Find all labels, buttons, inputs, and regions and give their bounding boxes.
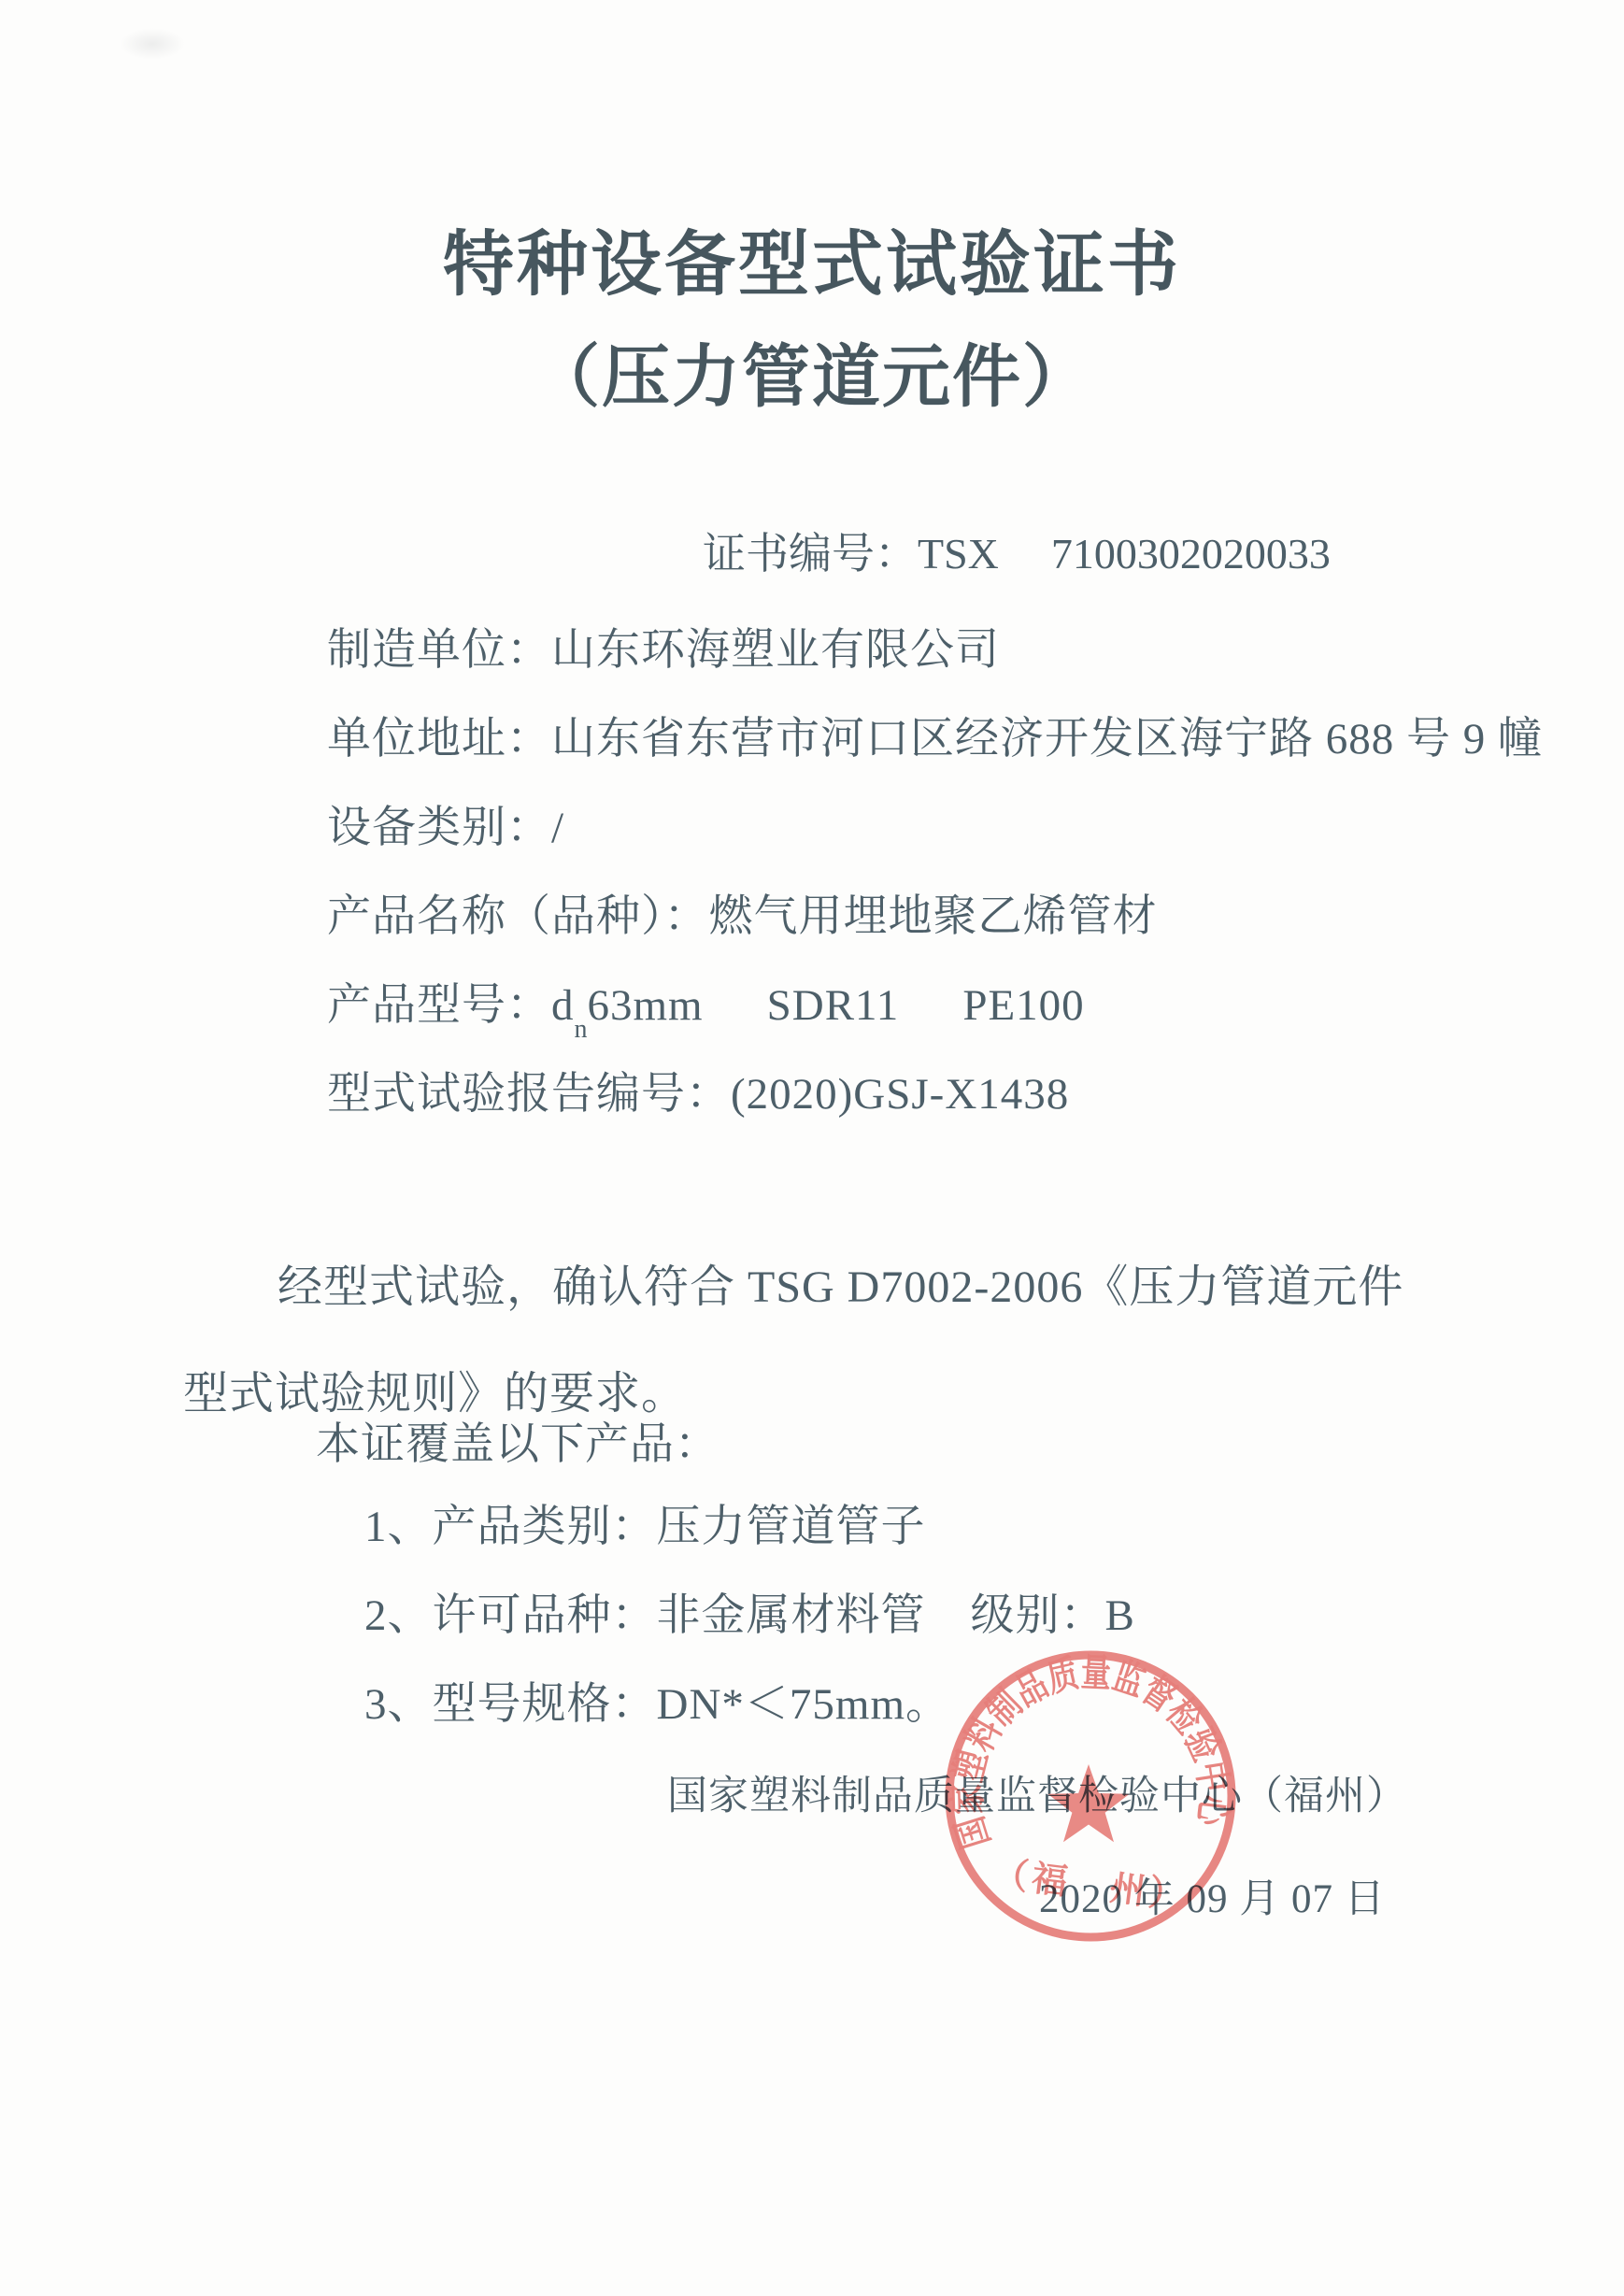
field-test-report-number-value: (2020)GSJ-X1438 [731,1070,1069,1119]
model-diameter-size: 63mm [588,981,704,1030]
field-equipment-category-label: 设备类别： [327,804,551,852]
certificate-page: 特种设备型式试验证书 （压力管道元件） 证书编号：TSX710030202003… [0,0,1624,2296]
field-product-model-label: 产品型号： [327,981,551,1030]
field-test-report-number: 型式试验报告编号：(2020)GSJ-X1438 [327,1059,1543,1148]
field-equipment-category: 设备类别：/ [327,792,1543,881]
star-icon [1047,1764,1129,1842]
model-diameter-subscript: n [575,1015,588,1044]
certificate-number-line: 证书编号：TSX7100302020033 [703,520,1331,581]
coverage-item-model-spec: 3、型号规格：DN*＜75mm。 [364,1669,950,1732]
field-address: 单位地址：山东省东营市河口区经济开发区海宁路 688 号 9 幢 [327,704,1543,792]
conformity-statement-line1: 经型式试验，确认符合 TSG D7002-2006《压力管道元件 [278,1250,1403,1315]
field-manufacturer: 制造单位：山东环海塑业有限公司 [327,615,1543,704]
field-product-name: 产品名称（品种）：燃气用埋地聚乙烯管材 [327,881,1543,970]
field-equipment-category-value: / [551,804,564,852]
certificate-number-prefix: TSX [918,530,999,578]
field-product-model: 产品型号：dn63mmSDR11PE100 [327,970,1543,1059]
coverage-heading: 本证覆盖以下产品： [316,1409,719,1472]
certificate-subtitle: （压力管道元件） [0,321,1624,420]
certificate-title: 特种设备型式试验证书 [0,207,1624,309]
coverage-item-product-category: 1、产品类别：压力管道管子 [364,1491,926,1554]
field-product-name-label: 产品名称（品种）： [327,892,709,941]
official-seal-stamp: 国家塑料制品质量监督检验中心 （福 州） [894,1600,1287,1992]
field-manufacturer-label: 制造单位： [327,626,551,675]
scan-artifact [120,28,185,60]
model-sdr-rating: SDR11 [767,981,900,1030]
stamp-city-text: （福 州） [990,1854,1190,1917]
field-address-value: 山东省东营市河口区经济开发区海宁路 688 号 9 幢 [551,715,1543,763]
field-test-report-number-label: 型式试验报告编号： [327,1070,731,1119]
field-manufacturer-value: 山东环海塑业有限公司 [551,626,1000,675]
model-pe-grade: PE100 [962,981,1084,1030]
certificate-fields: 制造单位：山东环海塑业有限公司 单位地址：山东省东营市河口区经济开发区海宁路 6… [327,615,1543,1148]
certificate-number-value: 7100302020033 [1051,530,1331,578]
certificate-number-label: 证书编号： [703,530,918,578]
field-address-label: 单位地址： [327,715,551,763]
field-product-name-value: 燃气用埋地聚乙烯管材 [709,892,1158,941]
model-diameter-symbol: d [551,981,575,1030]
